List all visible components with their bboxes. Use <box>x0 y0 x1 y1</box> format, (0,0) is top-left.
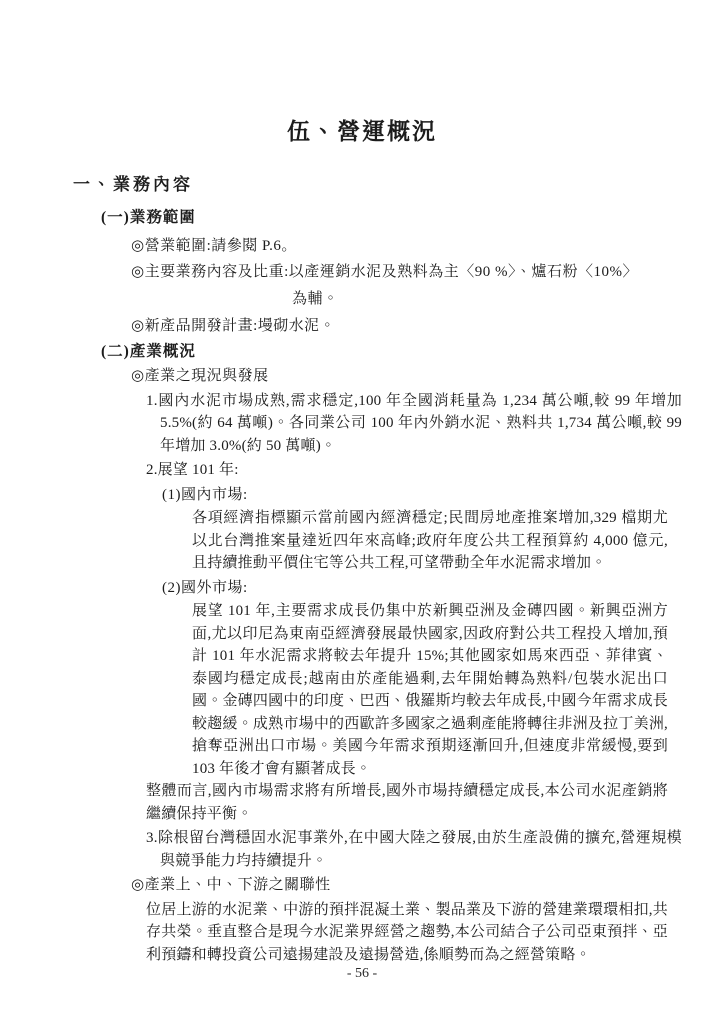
bullet-operating-scope: ◎營業範圍:請參閱 P.6。 <box>131 235 668 257</box>
page-number: - 56 - <box>0 964 724 984</box>
bullet-industry-status-heading: ◎產業之現況與發展 <box>131 365 724 388</box>
paragraph-domestic-market-maturity: 1.國內水泥市場成熟,需求穩定,100 年全國消耗量為 1,234 萬公噸,較 … <box>146 390 682 458</box>
label-domestic-market: (1)國內市場: <box>162 484 724 507</box>
bullet-supply-chain-heading: ◎產業上、中、下游之關聯性 <box>131 874 724 897</box>
paragraph-mainland-development: 3.除根留台灣穩固水泥事業外,在中國大陸之發展,由於生產設備的擴充,營運規模與競… <box>146 827 682 872</box>
document-title: 伍、營運概況 <box>0 118 724 146</box>
subsection-heading-business-scope: (一)業務範圍 <box>101 207 724 229</box>
bullet-main-business-line1: ◎主要業務內容及比重:以產運銷水泥及熟料為主〈90 %〉、爐石粉〈10%〉 <box>131 261 668 283</box>
paragraph-outlook-101: 2.展望 101 年: <box>146 459 682 482</box>
document-page: 伍、營運概況 一、業務內容 (一)業務範圍 ◎營業範圍:請參閱 P.6。 ◎主要… <box>0 0 724 1024</box>
section-heading-business-content: 一、業務內容 <box>73 174 724 196</box>
bullet-main-business-line2: 為輔。 <box>292 288 724 310</box>
paragraph-domestic-market-body: 各項經濟指標顯示當前國內經濟穩定;民間房地產推案增加,329 檔期尤以北台灣推案… <box>192 507 668 575</box>
bullet-new-product-plan: ◎新產品開發計畫:墁砌水泥。 <box>131 315 668 337</box>
paragraph-supply-chain-body: 位居上游的水泥業、中游的預拌混凝土業、製品業及下游的營建業環環相扣,共存共榮。垂… <box>146 899 668 967</box>
paragraph-foreign-market-body: 展望 101 年,主要需求成長仍集中於新興亞洲及金磚四國。新興亞洲方面,尤以印尼… <box>192 600 668 780</box>
paragraph-overall-summary: 整體而言,國內市場需求將有所增長,國外市場持續穩定成長,本公司水泥產銷將繼續保持… <box>146 780 668 825</box>
subsection-heading-industry-overview: (二)產業概況 <box>101 341 724 363</box>
label-foreign-market: (2)國外市場: <box>162 577 724 600</box>
